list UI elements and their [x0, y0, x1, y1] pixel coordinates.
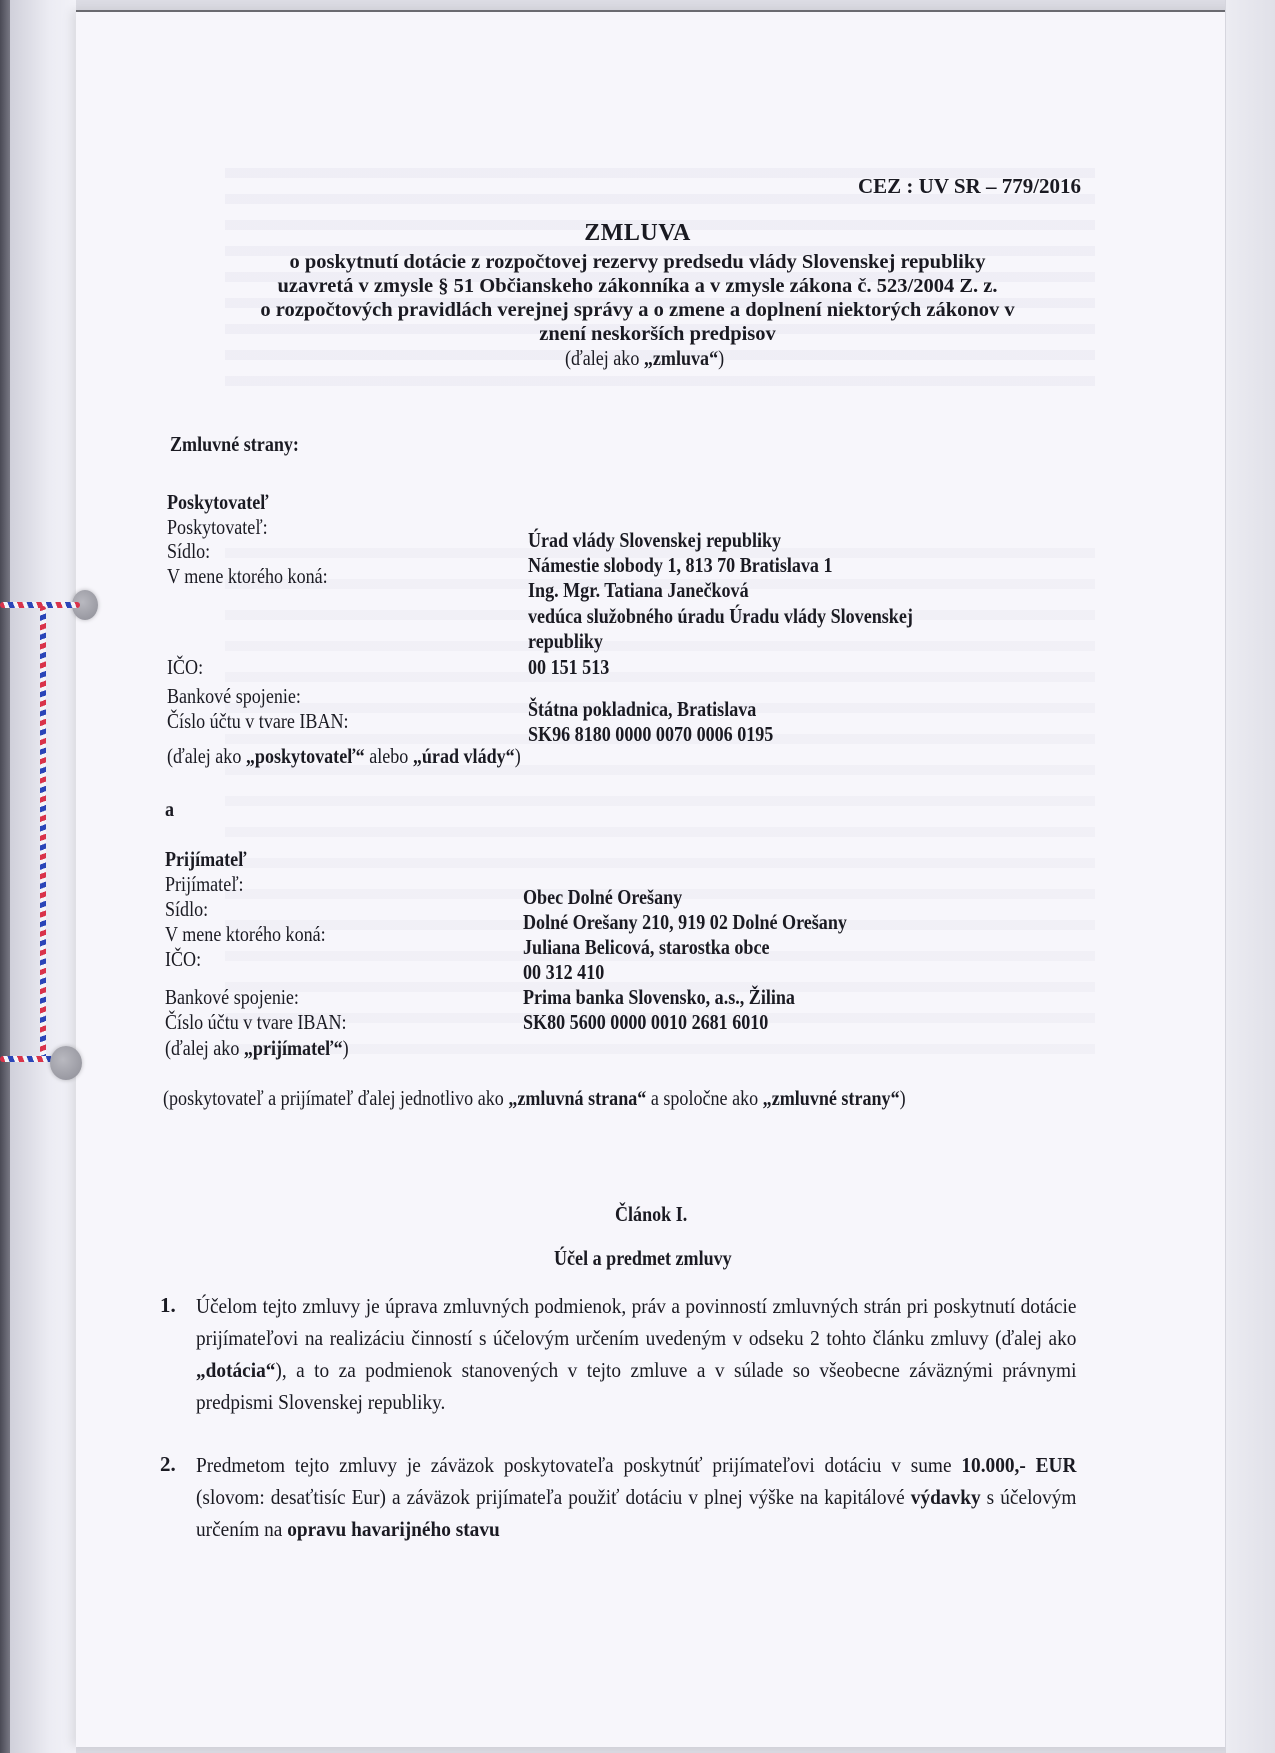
provider-ico: 00 151 513 [528, 655, 609, 680]
provider-iban-label: Číslo účtu v tvare IBAN: [167, 709, 349, 734]
document-subtitle-line: uzavretá v zmysle § 51 Občianskeho zákon… [0, 274, 1275, 299]
recipient-seat: Dolné Orešany 210, 919 02 Dolné Orešany [523, 910, 847, 935]
recipient-name: Obec Dolné Orešany [523, 885, 682, 910]
recipient-rep-label: V mene ktorého koná: [165, 922, 326, 947]
paragraph-number: 2. [160, 1452, 176, 1477]
article-paragraph-2: Predmetom tejto zmluvy je záväzok poskyt… [196, 1449, 1076, 1545]
provider-iban: SK96 8180 0000 0070 0006 0195 [528, 722, 773, 747]
recipient-bank: Prima banka Slovensko, a.s., Žilina [523, 985, 795, 1010]
provider-rep-label: V mene ktorého koná: [167, 564, 328, 589]
provider-heading: Poskytovateľ [167, 490, 269, 515]
recipient-iban: SK80 5600 0000 0010 2681 6010 [523, 1010, 768, 1035]
provider-name: Úrad vlády Slovenskej republiky [528, 528, 781, 553]
recipient-heading: Prijímateľ [165, 847, 247, 872]
parties-heading: Zmluvné strany: [170, 432, 299, 457]
document-subtitle-line: o rozpočtových pravidlách verejnej správ… [0, 298, 1275, 323]
recipient-ico-label: IČO: [165, 947, 201, 972]
provider-seat-label: Sídlo: [167, 539, 210, 564]
provider-alias: (ďalej ako „poskytovateľ“ alebo „úrad vl… [167, 744, 521, 769]
provider-bank-label: Bankové spojenie: [167, 684, 301, 709]
provider-rep-role: vedúca služobného úradu Úradu vlády Slov… [528, 604, 913, 629]
provider-seat: Námestie slobody 1, 813 70 Bratislava 1 [528, 553, 833, 578]
recipient-alias: (ďalej ako „prijímateľ“) [165, 1036, 349, 1061]
provider-bank: Štátna pokladnica, Bratislava [528, 697, 756, 722]
article-paragraph-1: Účelom tejto zmluvy je úprava zmluvných … [196, 1290, 1076, 1418]
recipient-ico: 00 312 410 [523, 960, 604, 985]
parties-joint-note: (poskytovateľ a prijímateľ ďalej jednotl… [163, 1085, 1118, 1111]
document-title: ZMLUVA [0, 221, 1275, 246]
document-subtitle-line: o poskytnutí dotácie z rozpočtovej rezer… [0, 250, 1275, 275]
article-title: Účel a predmet zmluvy [20, 1246, 1275, 1271]
hereinafter-note: (ďalej ako „zmluva“) [20, 346, 1275, 371]
recipient-bank-label: Bankové spojenie: [165, 985, 299, 1010]
conjunction: a [165, 797, 174, 822]
provider-label: Poskytovateľ: [167, 515, 268, 540]
document-subtitle-line: znení neskorších predpisov [20, 322, 1275, 347]
recipient-iban-label: Číslo účtu v tvare IBAN: [165, 1010, 347, 1035]
recipient-seat-label: Sídlo: [165, 897, 208, 922]
article-number: Článok I. [20, 1202, 1275, 1227]
contract-reference: CEZ : UV SR – 779/2016 [858, 174, 1081, 199]
paragraph-number: 1. [160, 1293, 176, 1318]
recipient-rep: Juliana Belicová, starostka obce [523, 935, 769, 960]
recipient-label: Prijímateľ: [165, 872, 244, 897]
binding-string [40, 606, 46, 1058]
binding-hole-bottom [50, 1046, 82, 1080]
provider-rep-role-cont: republiky [528, 629, 603, 654]
provider-ico-label: IČO: [167, 655, 203, 680]
provider-rep: Ing. Mgr. Tatiana Janečková [528, 578, 749, 603]
